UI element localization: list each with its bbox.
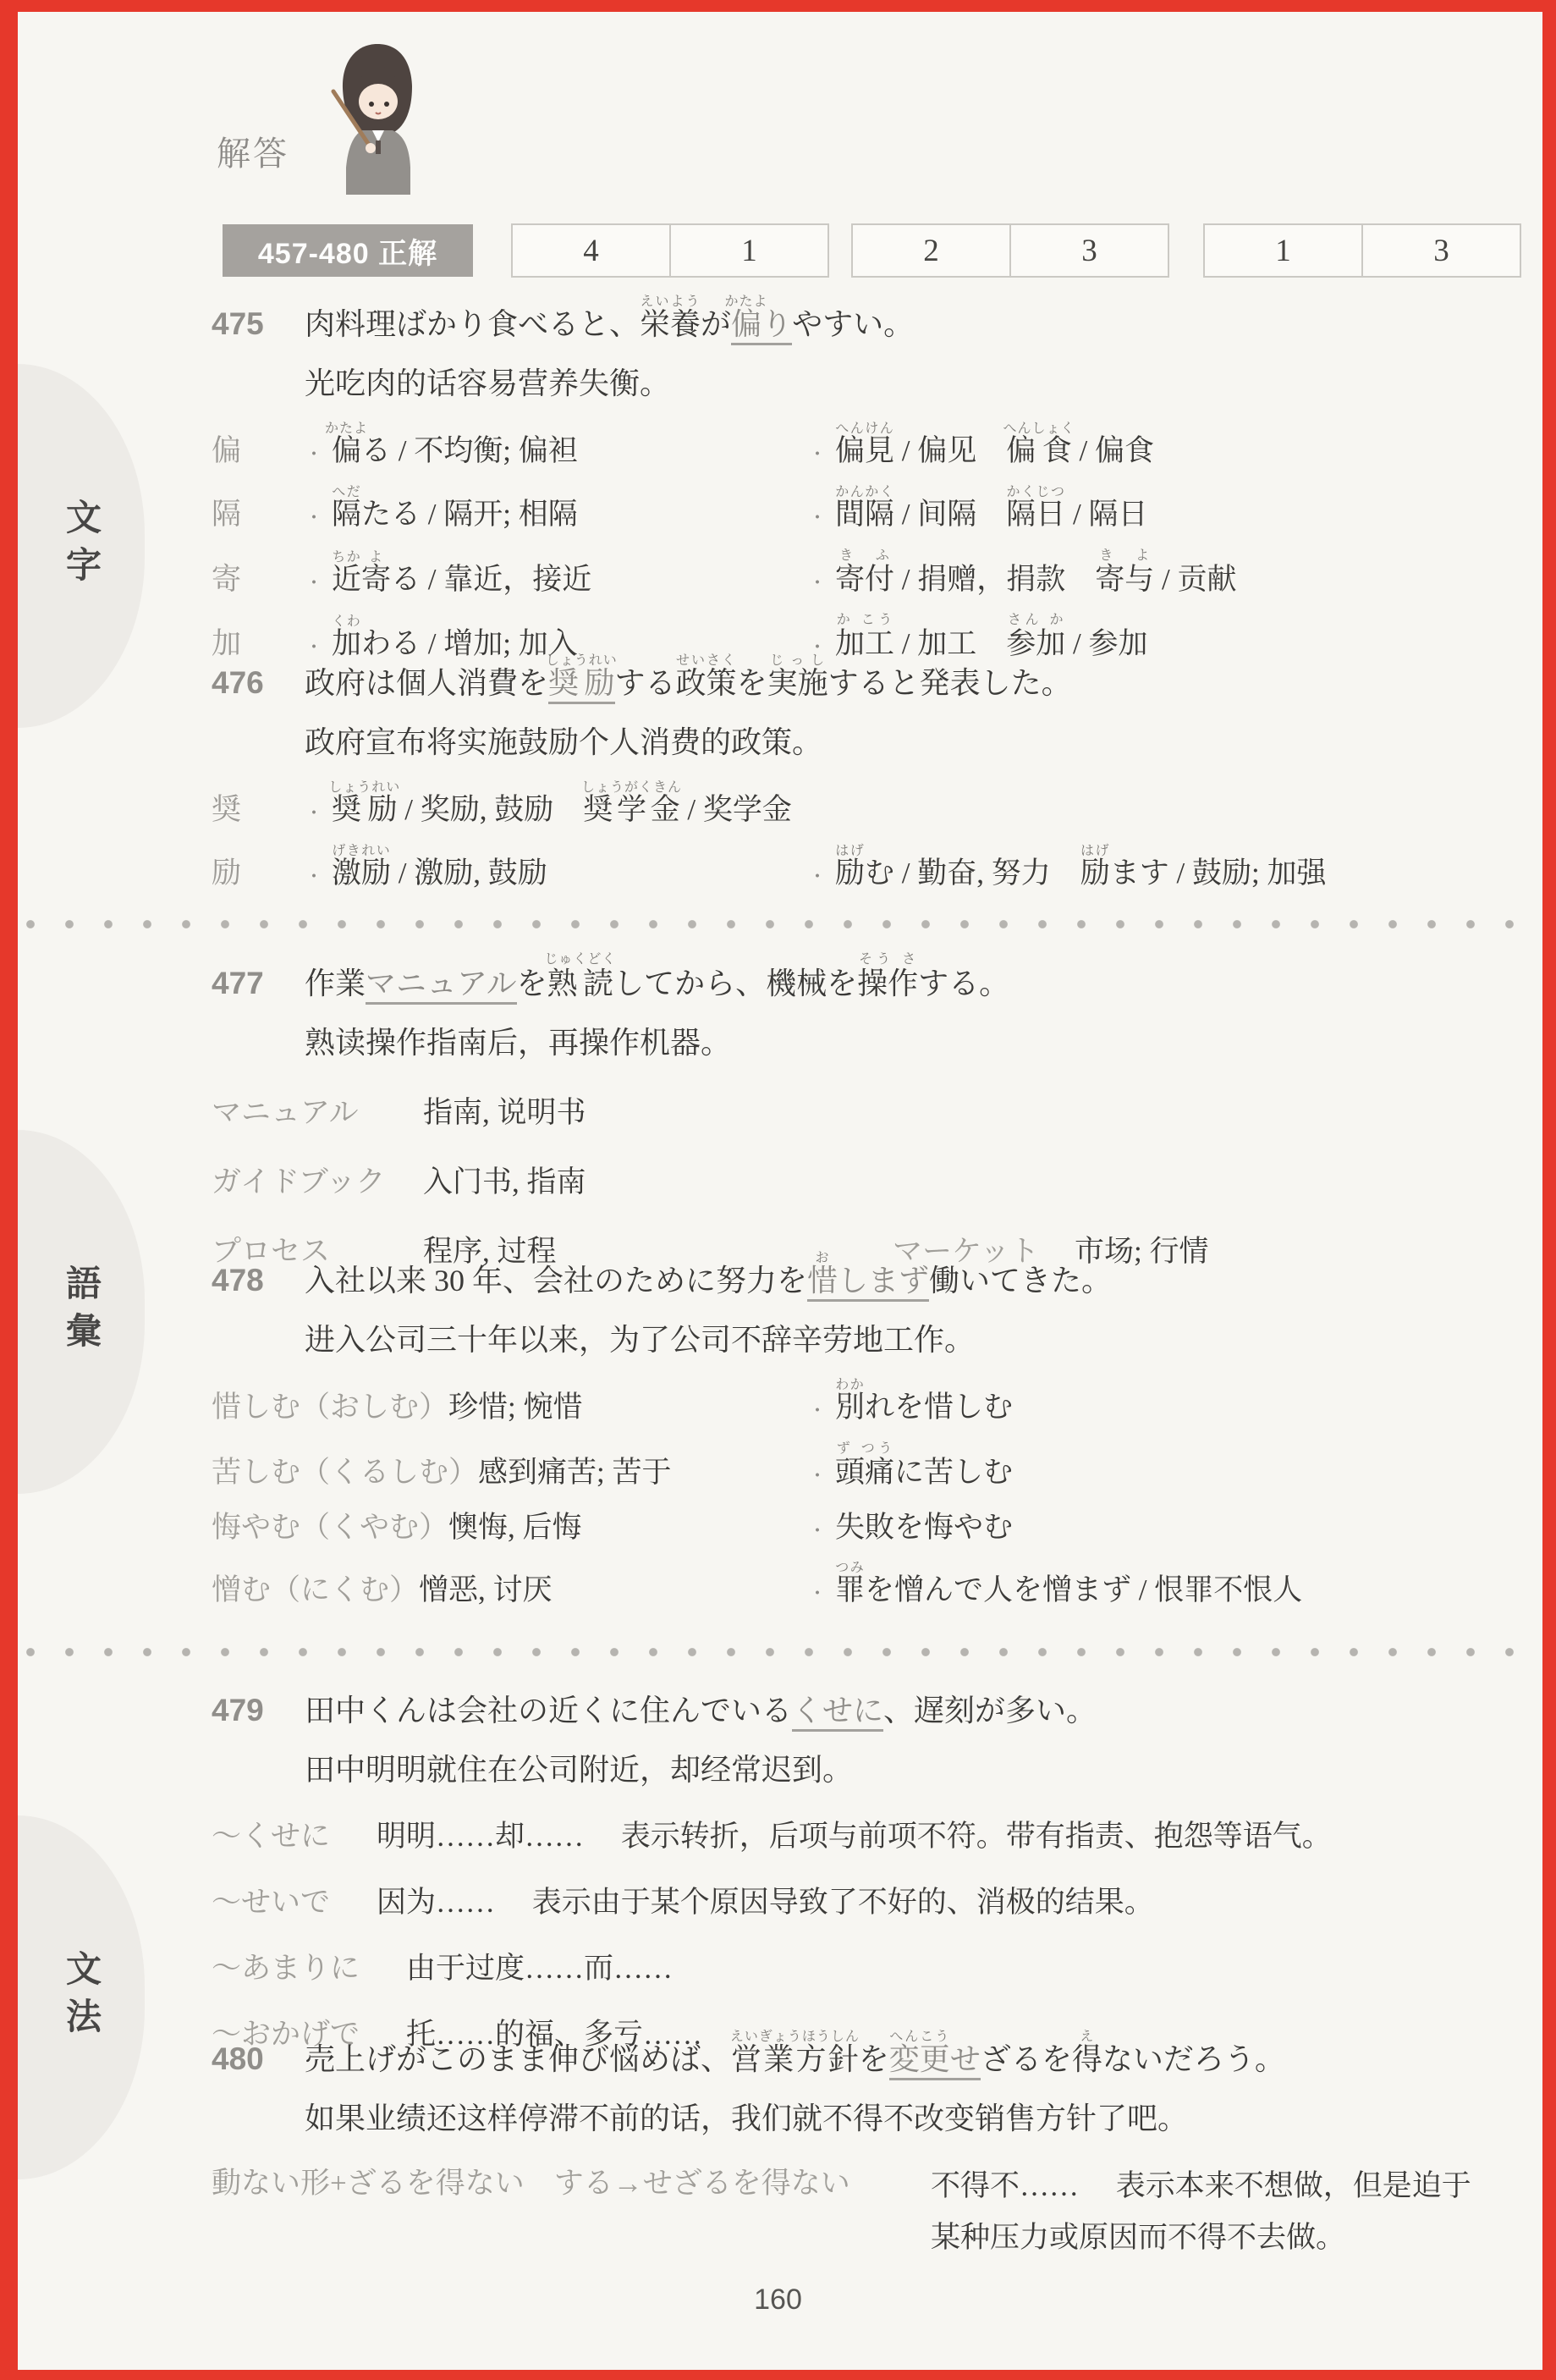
- vocab-left-text: 偏かたよる / 不均衡; 偏袒: [332, 434, 578, 467]
- vocab-row: 励 ・激励げきれい / 激励, 鼓励 ・励はげむ / 勤奋, 努力 励はげます …: [212, 844, 1542, 895]
- vocab-row: 偏 ・偏かたよる / 不均衡; 偏袒 ・偏見へんけん / 偏见 偏食へんしょく …: [212, 421, 1542, 473]
- side-tab-bunpou: 文法: [18, 1815, 145, 2179]
- grammar-pattern-row: ～せいで 因为…… 表示由于某个原因导致了不好的、消极的结果。: [212, 1879, 1542, 1921]
- verb-left: 苦しむ（くるしむ）感到痛苦; 苦于: [212, 1452, 808, 1495]
- textbook-page: 文字 語彙 文法 解答 457-480 正解 4 1 2 3 1 3 475 肉…: [0, 0, 1556, 2380]
- question-475-vocab: 偏 ・偏かたよる / 不均衡; 偏袒 ・偏見へんけん / 偏见 偏食へんしょく …: [212, 421, 1542, 666]
- question-476-number: 476: [212, 665, 305, 701]
- question-475: 475 肉料理ばかり食べると、栄養えいようが偏かたよりやすい。 光吃肉的话容易营…: [212, 295, 1542, 666]
- vocab-right-text: 励はげむ / 勤奋, 努力 励はげます / 鼓励; 加强: [835, 857, 1326, 890]
- bullet: ・: [808, 1400, 827, 1421]
- question-477-number: 477: [212, 966, 305, 1001]
- vocab-left-text: 激励げきれい / 激励, 鼓励: [332, 857, 547, 890]
- vocab-right: ・寄付き ふ / 捐赠，捐款 寄与き よ / 贡献: [808, 548, 1237, 602]
- question-478-number: 478: [212, 1263, 305, 1298]
- answer-cell-478: 3: [1009, 225, 1168, 276]
- side-tab-goi: 語彙: [18, 1130, 145, 1494]
- vocab-key-kanji: 隔: [212, 493, 305, 537]
- answer-cell-476: 1: [669, 225, 827, 276]
- question-475-sentence: 肉料理ばかり食べると、栄養えいようが偏かたよりやすい。: [305, 295, 914, 351]
- vocab-left: ・偏かたよる / 不均衡; 偏袒: [305, 421, 808, 473]
- vocab-right: ・間隔かんかく / 间隔 隔日かくじつ / 隔日: [808, 485, 1148, 537]
- verb-example-text: 別わかれを惜しむ: [835, 1391, 1013, 1424]
- question-475-translation: 光吃肉的话容易营养失衡。: [305, 360, 1542, 403]
- vocab-left: ・奨励しょうれい / 奖励, 鼓励 奨学金しょうがくきん / 奖学金: [305, 780, 792, 832]
- vocab-key-kanji: 偏: [212, 430, 305, 473]
- question-480-number: 480: [212, 2041, 305, 2077]
- question-478-head: 478 入社以来 30 年、会社のために努力を惜おしまず働いてきた。: [212, 1251, 1542, 1308]
- verb-term: 苦しむ（くるしむ）: [212, 1456, 478, 1489]
- bullet: ・: [808, 1583, 827, 1604]
- term-definition: 入门书, 指南: [423, 1159, 893, 1201]
- vocab-row: 寄 ・近ちか寄よる / 靠近，接近 ・寄付き ふ / 捐赠，捐款 寄与き よ /…: [212, 548, 1542, 602]
- question-475-head: 475 肉料理ばかり食べると、栄養えいようが偏かたよりやすい。: [212, 295, 1542, 351]
- grammar-definition: 明明……却…… 表示转折，后项与前项不符。带有指责、抱怨等语气。: [377, 1813, 1332, 1855]
- vocab-left-text: 近ちか寄よる / 靠近，接近: [332, 563, 591, 596]
- verb-row: 憎む（にくむ）憎恶, 讨厌 ・罪つみを憎んで人を憎まず / 恨罪不恨人: [212, 1561, 1542, 1612]
- term-row: ガイドブック 入门书, 指南: [212, 1159, 1542, 1201]
- vocab-key-kanji: 寄: [212, 559, 305, 602]
- verb-row: 惜しむ（おしむ）珍惜; 惋惜 ・別わかれを惜しむ: [212, 1378, 1542, 1430]
- verb-example: ・失敗を悔やむ: [808, 1507, 1013, 1550]
- vocab-row: 奨 ・奨励しょうれい / 奖励, 鼓励 奨学金しょうがくきん / 奖学金: [212, 780, 1542, 832]
- grammar-pattern: ～あまりに: [212, 1945, 360, 1987]
- verb-term: 惜しむ（おしむ）: [212, 1391, 448, 1424]
- question-477-sentence: 作業マニュアルを熟読じゅくどくしてから、機械を操作そう さする。: [305, 952, 1009, 1011]
- side-tab-bunpou-label: 文法: [56, 1950, 107, 2045]
- vocab-right: ・励はげむ / 勤奋, 努力 励はげます / 鼓励; 加强: [808, 844, 1326, 895]
- question-479-translation: 田中明明就住在公司附近，却经常迟到。: [305, 1746, 1542, 1789]
- question-476-head: 476 政府は個人消費を奨励しょうれいする政策せいさくを実施じっしすると発表した…: [212, 653, 1542, 710]
- answer-cell-477: 2: [853, 225, 1009, 276]
- grammar-pattern: ～せいで: [212, 1879, 330, 1921]
- question-478: 478 入社以来 30 年、会社のために努力を惜おしまず働いてきた。 进入公司三…: [212, 1251, 1542, 1612]
- verb-example-text: 罪つみを憎んで人を憎まず / 恨罪不恨人: [835, 1573, 1302, 1606]
- question-479-number: 479: [212, 1693, 305, 1728]
- question-476-translation: 政府宣布将实施鼓励个人消费的政策。: [305, 719, 1542, 762]
- side-tab-moji: 文字: [18, 364, 145, 728]
- vocab-key-kanji: 奨: [212, 789, 305, 832]
- verb-row: 悔やむ（くやむ）懊悔, 后悔 ・失敗を悔やむ: [212, 1507, 1542, 1550]
- bullet: ・: [305, 802, 323, 824]
- grammar-pattern: 動ない形+ざるを得ない する→せざるを得ない: [212, 2160, 931, 2264]
- question-480-head: 480 売上げがこのまま伸び悩めば、営業方針えいぎょうほうしんを変更へんこうせざ…: [212, 2030, 1542, 2086]
- bullet: ・: [808, 866, 827, 887]
- vocab-left: ・隔へだたる / 隔开; 相隔: [305, 485, 808, 537]
- verb-left: 憎む（にくむ）憎恶, 讨厌: [212, 1569, 808, 1612]
- vocab-left-text: 隔へだたる / 隔开; 相隔: [332, 498, 578, 531]
- bullet: ・: [305, 443, 323, 465]
- grammar-definition: 因为…… 表示由于某个原因导致了不好的、消极的结果。: [377, 1879, 1154, 1921]
- mascot-illustration: [322, 39, 432, 200]
- question-480-sentence: 売上げがこのまま伸び悩めば、営業方針えいぎょうほうしんを変更へんこうせざるを得え…: [305, 2030, 1285, 2086]
- answer-cell-479: 1: [1205, 225, 1361, 276]
- answer-cell-475: 4: [513, 225, 669, 276]
- question-478-sentence: 入社以来 30 年、会社のために努力を惜おしまず働いてきた。: [305, 1251, 1112, 1308]
- grammar-pattern: ～くせに: [212, 1813, 330, 1855]
- verb-example-text: 頭痛ず つうに苦しむ: [835, 1456, 1013, 1489]
- mascot-tie: [376, 140, 381, 154]
- question-480-translation: 如果业绩还这样停滞不前的话，我们就不得不改变销售方针了吧。: [305, 2095, 1542, 2138]
- page-border-bottom: [0, 2370, 1556, 2380]
- bullet: ・: [305, 507, 323, 528]
- question-477-translation: 熟读操作指南后，再操作机器。: [305, 1019, 1542, 1062]
- bullet: ・: [808, 1520, 827, 1541]
- dotted-separator: [25, 1647, 1536, 1657]
- verb-left: 惜しむ（おしむ）珍惜; 惋惜: [212, 1386, 808, 1430]
- side-tab-goi-label: 語彙: [56, 1264, 107, 1359]
- term-definition: 指南, 说明书: [423, 1089, 893, 1132]
- verb-example-text: 失敗を悔やむ: [835, 1511, 1013, 1544]
- vocab-right: ・偏見へんけん / 偏见 偏食へんしょく / 偏食: [808, 421, 1154, 473]
- bullet: ・: [808, 1465, 827, 1486]
- page-border-top: [0, 0, 1556, 12]
- verb-example: ・別わかれを惜しむ: [808, 1378, 1013, 1430]
- question-479: 479 田中くんは会社の近くに住んでいるくせに、遅刻が多い。 田中明明就住在公司…: [212, 1684, 1542, 2053]
- question-478-verbs: 惜しむ（おしむ）珍惜; 惋惜 ・別わかれを惜しむ 苦しむ（くるしむ）感到痛苦; …: [212, 1378, 1542, 1612]
- vocab-row: 隔 ・隔へだたる / 隔开; 相隔 ・間隔かんかく / 间隔 隔日かくじつ / …: [212, 485, 1542, 537]
- answer-box-group-3: 1 3: [1203, 223, 1521, 278]
- vocab-left: ・近ちか寄よる / 靠近，接近: [305, 550, 808, 602]
- grammar-pattern-row: ～あまりに 由于过度……而……: [212, 1945, 1542, 1987]
- bullet: ・: [305, 866, 323, 887]
- grammar-pattern-row: 動ない形+ざるを得ない する→せざるを得ない 不得不…… 表示本来不想做，但是迫…: [212, 2160, 1542, 2264]
- grammar-pattern-row: ～くせに 明明……却…… 表示转折，后项与前项不符。带有指责、抱怨等语气。: [212, 1813, 1542, 1855]
- katakana-term: ガイドブック: [212, 1159, 423, 1201]
- verb-definition: 珍惜; 惋惜: [448, 1391, 582, 1424]
- mascot-hand: [366, 143, 376, 153]
- question-477-terms: マニュアル 指南, 说明书 ガイドブック 入门书, 指南 プロセス 程序, 过程…: [212, 1089, 1542, 1270]
- question-479-head: 479 田中くんは会社の近くに住んでいるくせに、遅刻が多い。: [212, 1684, 1542, 1738]
- verb-definition: 懊悔, 后悔: [448, 1511, 582, 1544]
- answer-box-group-2: 2 3: [851, 223, 1169, 278]
- vocab-right-text: 偏見へんけん / 偏见 偏食へんしょく / 偏食: [835, 434, 1154, 467]
- page-border-left: [0, 0, 18, 2380]
- question-476-vocab: 奨 ・奨励しょうれい / 奖励, 鼓励 奨学金しょうがくきん / 奖学金 励 ・…: [212, 780, 1542, 895]
- answers-section-label: 解答: [217, 127, 289, 175]
- question-480: 480 売上げがこのまま伸び悩めば、営業方針えいぎょうほうしんを変更へんこうせざ…: [212, 2030, 1542, 2264]
- grammar-definition: 不得不…… 表示本来不想做，但是迫于某种压力或原因而不得不去做。: [931, 2160, 1493, 2264]
- bullet: ・: [808, 572, 827, 593]
- vocab-right-text: 寄付き ふ / 捐赠，捐款 寄与き よ / 贡献: [835, 563, 1237, 596]
- answer-cell-480: 3: [1361, 225, 1520, 276]
- verb-left: 悔やむ（くやむ）懊悔, 后悔: [212, 1507, 808, 1550]
- side-tab-moji-label: 文字: [56, 499, 107, 593]
- question-477: 477 作業マニュアルを熟読じゅくどくしてから、機械を操作そう さする。 熟读操…: [212, 952, 1542, 1270]
- vocab-right-text: 間隔かんかく / 间隔 隔日かくじつ / 隔日: [835, 498, 1148, 531]
- katakana-term: マニュアル: [212, 1089, 423, 1132]
- bullet: ・: [808, 507, 827, 528]
- grammar-definition: 由于过度……而……: [406, 1945, 673, 1987]
- verb-term: 憎む（にくむ）: [212, 1573, 419, 1606]
- vocab-key-kanji: 励: [212, 852, 305, 895]
- answer-key-range-label: 457-480 正解: [223, 224, 473, 277]
- question-476-sentence: 政府は個人消費を奨励しょうれいする政策せいさくを実施じっしすると発表した。: [305, 653, 1072, 710]
- verb-term: 悔やむ（くやむ）: [212, 1511, 448, 1544]
- dotted-separator: [25, 919, 1536, 929]
- verb-row: 苦しむ（くるしむ）感到痛苦; 苦于 ・頭痛ず つうに苦しむ: [212, 1441, 1542, 1495]
- bullet: ・: [808, 443, 827, 465]
- question-479-sentence: 田中くんは会社の近くに住んでいるくせに、遅刻が多い。: [305, 1684, 1097, 1738]
- page-number: 160: [0, 2284, 1556, 2317]
- verb-definition: 憎恶, 讨厌: [419, 1573, 553, 1606]
- bullet: ・: [305, 572, 323, 593]
- verb-example: ・頭痛ず つうに苦しむ: [808, 1441, 1013, 1495]
- term-row: マニュアル 指南, 说明书: [212, 1089, 1542, 1132]
- vocab-left: ・激励げきれい / 激励, 鼓励: [305, 844, 808, 895]
- question-477-head: 477 作業マニュアルを熟読じゅくどくしてから、機械を操作そう さする。: [212, 952, 1542, 1011]
- vocab-left-text: 奨励しょうれい / 奖励, 鼓励 奨学金しょうがくきん / 奖学金: [332, 793, 792, 826]
- question-476: 476 政府は個人消費を奨励しょうれいする政策せいさくを実施じっしすると発表した…: [212, 653, 1542, 895]
- page-border-right: [1542, 0, 1556, 2380]
- answer-box-group-1: 4 1: [511, 223, 829, 278]
- verb-example: ・罪つみを憎んで人を憎まず / 恨罪不恨人: [808, 1561, 1302, 1612]
- question-479-patterns: ～くせに 明明……却…… 表示转折，后项与前项不符。带有指责、抱怨等语气。 ～せ…: [212, 1813, 1542, 2053]
- question-478-translation: 进入公司三十年以来，为了公司不辞辛劳地工作。: [305, 1316, 1542, 1359]
- question-475-number: 475: [212, 306, 305, 342]
- verb-definition: 感到痛苦; 苦于: [478, 1456, 671, 1489]
